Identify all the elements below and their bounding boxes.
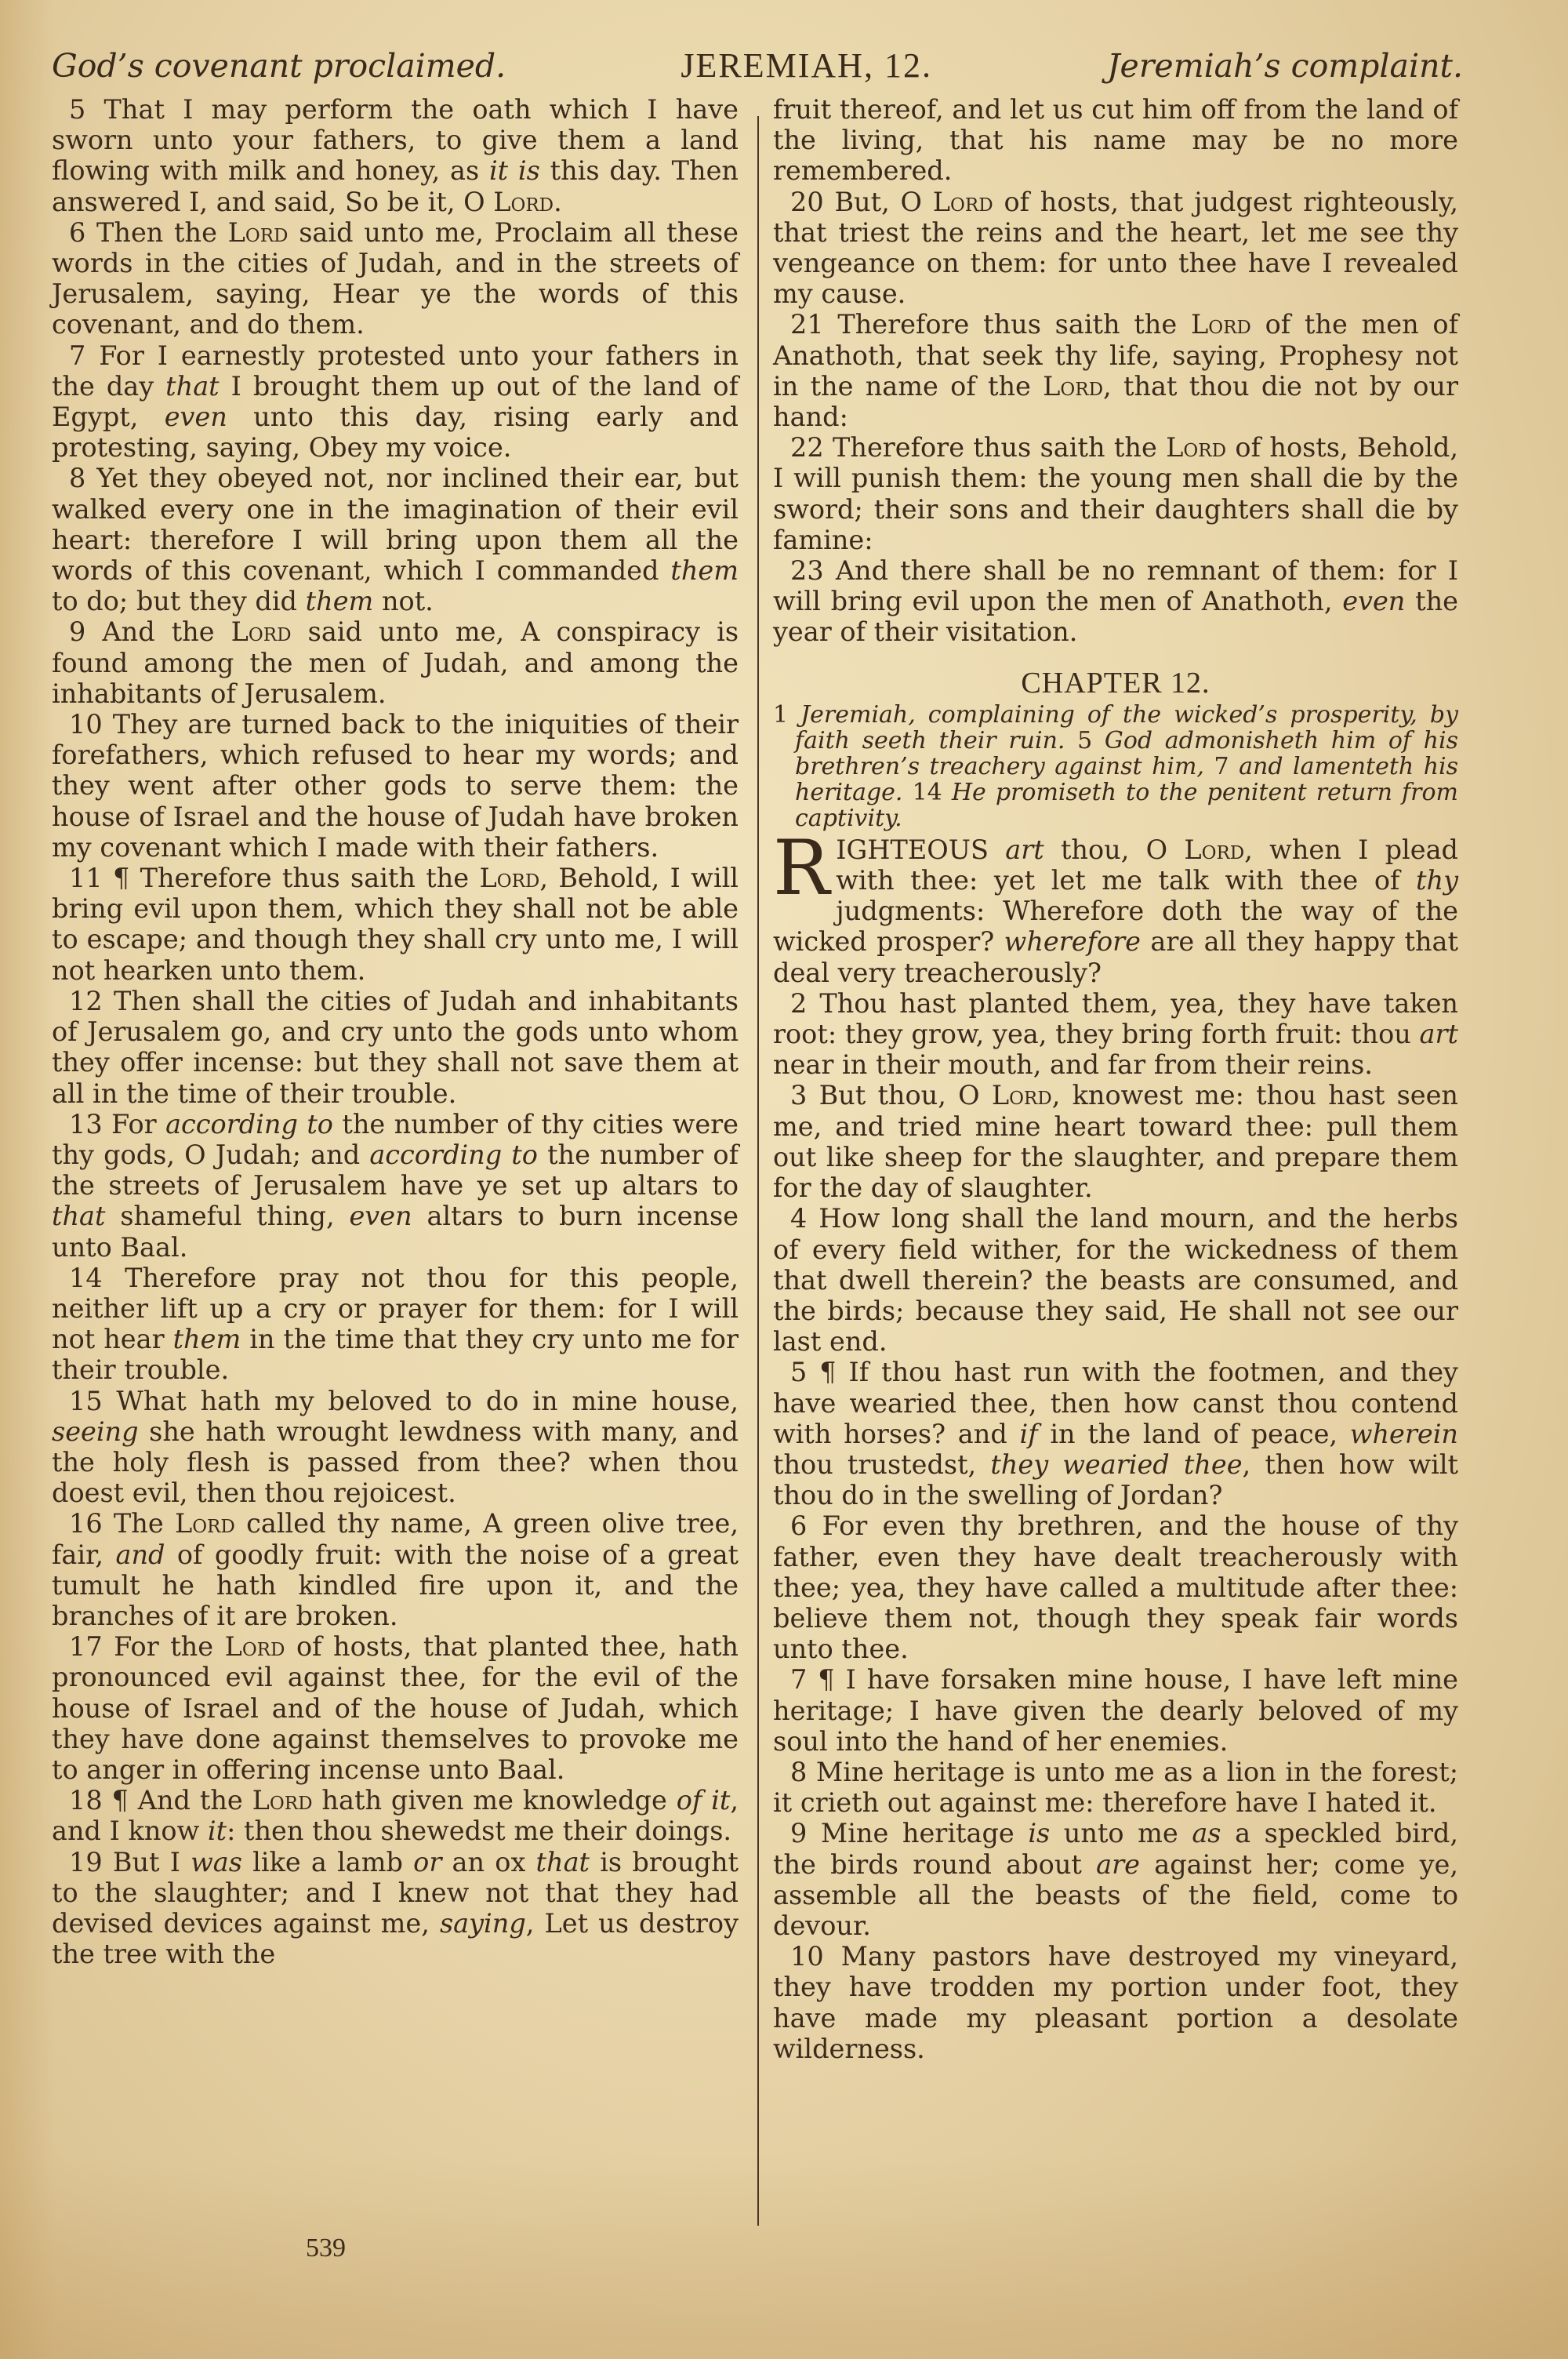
italic-text: even — [165, 402, 227, 432]
italic-text: if — [1019, 1419, 1037, 1449]
verse-12-3: 3 But thou, O Lord, knowest me: thou has… — [773, 1080, 1458, 1203]
italic-text: is — [1028, 1818, 1050, 1848]
verse-number: 2 — [790, 988, 807, 1019]
verse-number: 7 — [69, 340, 85, 371]
verse-number: 18 ¶ — [69, 1785, 129, 1816]
page-shadow-bottom — [0, 2155, 1568, 2359]
small-caps-lord: Lord — [1184, 834, 1244, 865]
verse-text: Then the — [96, 217, 228, 248]
italic-text: or — [413, 1847, 441, 1877]
italic-text: thy — [1416, 865, 1458, 896]
verse-text: near in their mouth, and far from their … — [773, 1049, 1373, 1080]
page-number: 539 — [306, 2234, 346, 2263]
verse-text: . — [554, 187, 562, 217]
italic-text: are — [1096, 1849, 1140, 1880]
verse-text: But I — [113, 1847, 191, 1877]
italic-text: according to — [165, 1109, 333, 1140]
verse-number: 9 — [790, 1818, 807, 1848]
verse-number: 7 ¶ — [790, 1664, 835, 1695]
verse-number: 17 — [69, 1631, 103, 1662]
verse-12-2: 2 Thou hast planted them, yea, they have… — [773, 988, 1458, 1081]
verse-11-14: 14 Therefore pray not thou for this peop… — [52, 1263, 739, 1386]
italic-text: according to — [369, 1140, 538, 1170]
summary-verse-ref: 1 — [773, 701, 788, 729]
drop-cap-letter: R — [773, 838, 829, 899]
verse-11-7: 7 For I earnestly protested unto your fa… — [52, 340, 739, 463]
verse-12-1: RIGHTEOUS art thou, O Lord, when I plead… — [773, 834, 1458, 988]
verse-text: Then shall the cities of Judah and inhab… — [52, 986, 739, 1109]
italic-text: them — [173, 1324, 241, 1354]
verse-number: 10 — [69, 709, 103, 740]
verse-12-7: 7 ¶ I have forsaken mine house, I have l… — [773, 1664, 1458, 1757]
small-caps-lord: Lord — [231, 616, 292, 647]
verse-number: 22 — [790, 432, 824, 463]
verse-text: The — [114, 1508, 175, 1539]
verse-text: like a lamb — [242, 1847, 413, 1877]
verse-text: fruit thereof, and let us cut him off fr… — [773, 94, 1458, 186]
verse-number: 20 — [790, 187, 824, 217]
verse-11-21: 21 Therefore thus saith the Lord of the … — [773, 309, 1458, 432]
verse-number: 4 — [790, 1203, 807, 1234]
chapter-summary: 1 Jeremiah, complaining of the wicked’s … — [773, 702, 1458, 831]
italic-text: was — [191, 1847, 242, 1877]
italic-text: they wearied thee — [990, 1449, 1242, 1480]
verse-text: an ox — [441, 1847, 535, 1877]
italic-text: art — [1005, 834, 1044, 865]
italic-text: as — [1192, 1818, 1221, 1848]
summary-verse-ref: 7 — [1214, 753, 1229, 780]
verse-text: How long shall the land mourn, and the h… — [773, 1203, 1458, 1357]
italic-text: that — [165, 371, 219, 402]
small-caps-lord: Lord — [479, 863, 539, 893]
italic-text: even — [1342, 586, 1405, 616]
verse-text: Thou hast planted them, yea, they have t… — [773, 988, 1458, 1049]
italic-text: wherein — [1350, 1419, 1458, 1449]
verse-text: Mine heritage is unto me as a lion in th… — [773, 1757, 1458, 1818]
verse-12-5: 5 ¶ If thou hast run with the footmen, a… — [773, 1357, 1458, 1510]
verse-number: 16 — [69, 1508, 103, 1539]
verse-text: For even thy brethren, and the house of … — [773, 1510, 1458, 1664]
verse-text: But thou, O — [819, 1080, 992, 1110]
verse-number: 14 — [69, 1263, 103, 1293]
verse-text: But, O — [834, 187, 932, 217]
verse-number: 10 — [790, 1941, 824, 1972]
verse-number: 21 — [790, 309, 824, 340]
small-caps-lord: Lord — [933, 187, 993, 217]
italic-text: of it — [677, 1785, 731, 1816]
verse-text: she hath wrought lewdness with many, and… — [52, 1416, 739, 1508]
verse-number: 6 — [69, 217, 85, 248]
page-shadow-left — [0, 0, 55, 2359]
verse-text: And the — [102, 616, 230, 647]
italic-text: it — [208, 1816, 227, 1846]
verse-text: shameful thing, — [105, 1201, 349, 1231]
small-caps-lord: Lord — [175, 1508, 235, 1539]
verse-text: And the — [138, 1785, 252, 1816]
verse-number: 8 — [69, 463, 85, 493]
verse-11-10: 10 They are turned back to the iniquitie… — [52, 709, 739, 863]
small-caps-lord: Lord — [228, 217, 289, 248]
verse-number: 6 — [790, 1510, 807, 1541]
chapter-heading: CHAPTER 12. — [773, 668, 1458, 699]
italic-text: that — [536, 1847, 590, 1877]
verse-11-12: 12 Then shall the cities of Judah and in… — [52, 986, 739, 1109]
verse-11-22: 22 Therefore thus saith the Lord of host… — [773, 432, 1458, 555]
verse-11-6: 6 Then the Lord said unto me, Proclaim a… — [52, 217, 739, 340]
column-divider-rule — [757, 116, 759, 2226]
verse-11-15: 15 What hath my beloved to do in mine ho… — [52, 1386, 739, 1509]
right-column: fruit thereof, and let us cut him off fr… — [773, 94, 1458, 2064]
running-header: God’s covenant proclaimed. JEREMIAH, 12.… — [52, 45, 1463, 93]
verse-text: Therefore thus saith the — [140, 863, 480, 893]
verse-text: Therefore thus saith the — [837, 309, 1191, 340]
verse-11-19-continued: fruit thereof, and let us cut him off fr… — [773, 94, 1458, 187]
verse-text: For the — [114, 1631, 224, 1662]
verse-number: 5 ¶ — [790, 1357, 837, 1387]
small-caps-lord: Lord — [992, 1080, 1052, 1110]
verse-number: 5 — [69, 94, 85, 125]
italic-text: wherefore — [1004, 926, 1141, 957]
small-caps-lord: Lord — [493, 187, 554, 217]
verse-12-8: 8 Mine heritage is unto me as a lion in … — [773, 1757, 1458, 1818]
small-caps-lord: Lord — [1043, 371, 1103, 402]
verse-11-19: 19 But I was like a lamb or an ox that i… — [52, 1847, 739, 1970]
verse-number: 8 — [790, 1757, 807, 1787]
left-column: 5 That I may perform the oath which I ha… — [52, 94, 739, 1969]
italic-text: it is — [489, 155, 540, 186]
verse-text: to do; but they did — [52, 586, 306, 616]
verse-text: What hath my beloved to do in mine house… — [116, 1386, 739, 1416]
verse-text: : then thou shewedst me their doings. — [227, 1816, 731, 1846]
verse-number: 12 — [69, 986, 103, 1016]
verse-12-4: 4 How long shall the land mourn, and the… — [773, 1203, 1458, 1357]
verse-12-9: 9 Mine heritage is unto me as a speckled… — [773, 1818, 1458, 1941]
verse-number: 23 — [790, 555, 824, 586]
verse-11-20: 20 But, O Lord of hosts, that judgest ri… — [773, 187, 1458, 310]
small-caps-lord: Lord — [225, 1631, 285, 1662]
italic-text: and — [115, 1539, 165, 1570]
italic-text: that — [52, 1201, 105, 1231]
verse-number: 13 — [69, 1109, 103, 1140]
italic-text: them — [670, 555, 739, 586]
verse-11-18: 18 ¶ And the Lord hath given me knowledg… — [52, 1785, 739, 1846]
verse-text: They are turned back to the iniquities o… — [52, 709, 739, 863]
header-book-chapter: JEREMIAH, 12. — [681, 45, 932, 85]
verse-12-10: 10 Many pastors have destroyed my vineya… — [773, 1941, 1458, 2064]
verse-text: I have forsaken mine house, I have left … — [773, 1664, 1458, 1756]
opening-caps: IGHTEOUS — [836, 834, 989, 865]
verse-text: hath given me knowledge — [313, 1785, 677, 1816]
italic-text: even — [349, 1201, 412, 1231]
verse-text: Therefore thus saith the — [833, 432, 1166, 463]
small-caps-lord: Lord — [252, 1785, 313, 1816]
verse-text: in the land of peace, — [1038, 1419, 1350, 1449]
verse-text: not. — [373, 586, 434, 616]
verse-number: 11 ¶ — [69, 863, 129, 893]
italic-text: saying — [440, 1908, 526, 1939]
header-left-topic: God’s covenant proclaimed. — [52, 47, 506, 85]
verse-text: Mine heritage — [821, 1818, 1028, 1848]
verse-text: Many pastors have destroyed my vineyard,… — [773, 1941, 1458, 2064]
italic-text: seeing — [52, 1416, 139, 1447]
verse-11-16: 16 The Lord called thy name, A green oli… — [52, 1508, 739, 1631]
verse-number: 15 — [69, 1386, 103, 1416]
verse-11-11: 11 ¶ Therefore thus saith the Lord, Beho… — [52, 863, 739, 986]
summary-verse-ref: 5 — [1077, 727, 1092, 754]
verse-11-9: 9 And the Lord said unto me, A conspirac… — [52, 616, 739, 709]
verse-text: thou, O — [1044, 834, 1185, 865]
verse-11-23: 23 And there shall be no remnant of them… — [773, 555, 1458, 648]
small-caps-lord: Lord — [1191, 309, 1251, 340]
verse-12-6: 6 For even thy brethren, and the house o… — [773, 1510, 1458, 1664]
verse-number: 3 — [790, 1080, 807, 1110]
italic-text: art — [1420, 1019, 1458, 1049]
verse-text: For — [111, 1109, 165, 1140]
verse-number: 19 — [69, 1847, 103, 1877]
italic-text: them — [306, 586, 374, 616]
verse-11-13: 13 For according to the number of thy ci… — [52, 1109, 739, 1263]
header-right-topic: Jeremiah’s complaint. — [1107, 47, 1463, 85]
verse-text: unto me — [1050, 1818, 1192, 1848]
verse-11-17: 17 For the Lord of hosts, that planted t… — [52, 1631, 739, 1785]
verse-11-8: 8 Yet they obeyed not, nor inclined thei… — [52, 463, 739, 616]
verse-text: Yet they obeyed not, nor inclined their … — [52, 463, 739, 586]
verse-text: thou trustedst, — [773, 1449, 990, 1480]
verse-11-5: 5 That I may perform the oath which I ha… — [52, 94, 739, 217]
small-caps-lord: Lord — [1166, 432, 1226, 463]
verse-number: 9 — [69, 616, 85, 647]
summary-verse-ref: 14 — [913, 779, 942, 806]
